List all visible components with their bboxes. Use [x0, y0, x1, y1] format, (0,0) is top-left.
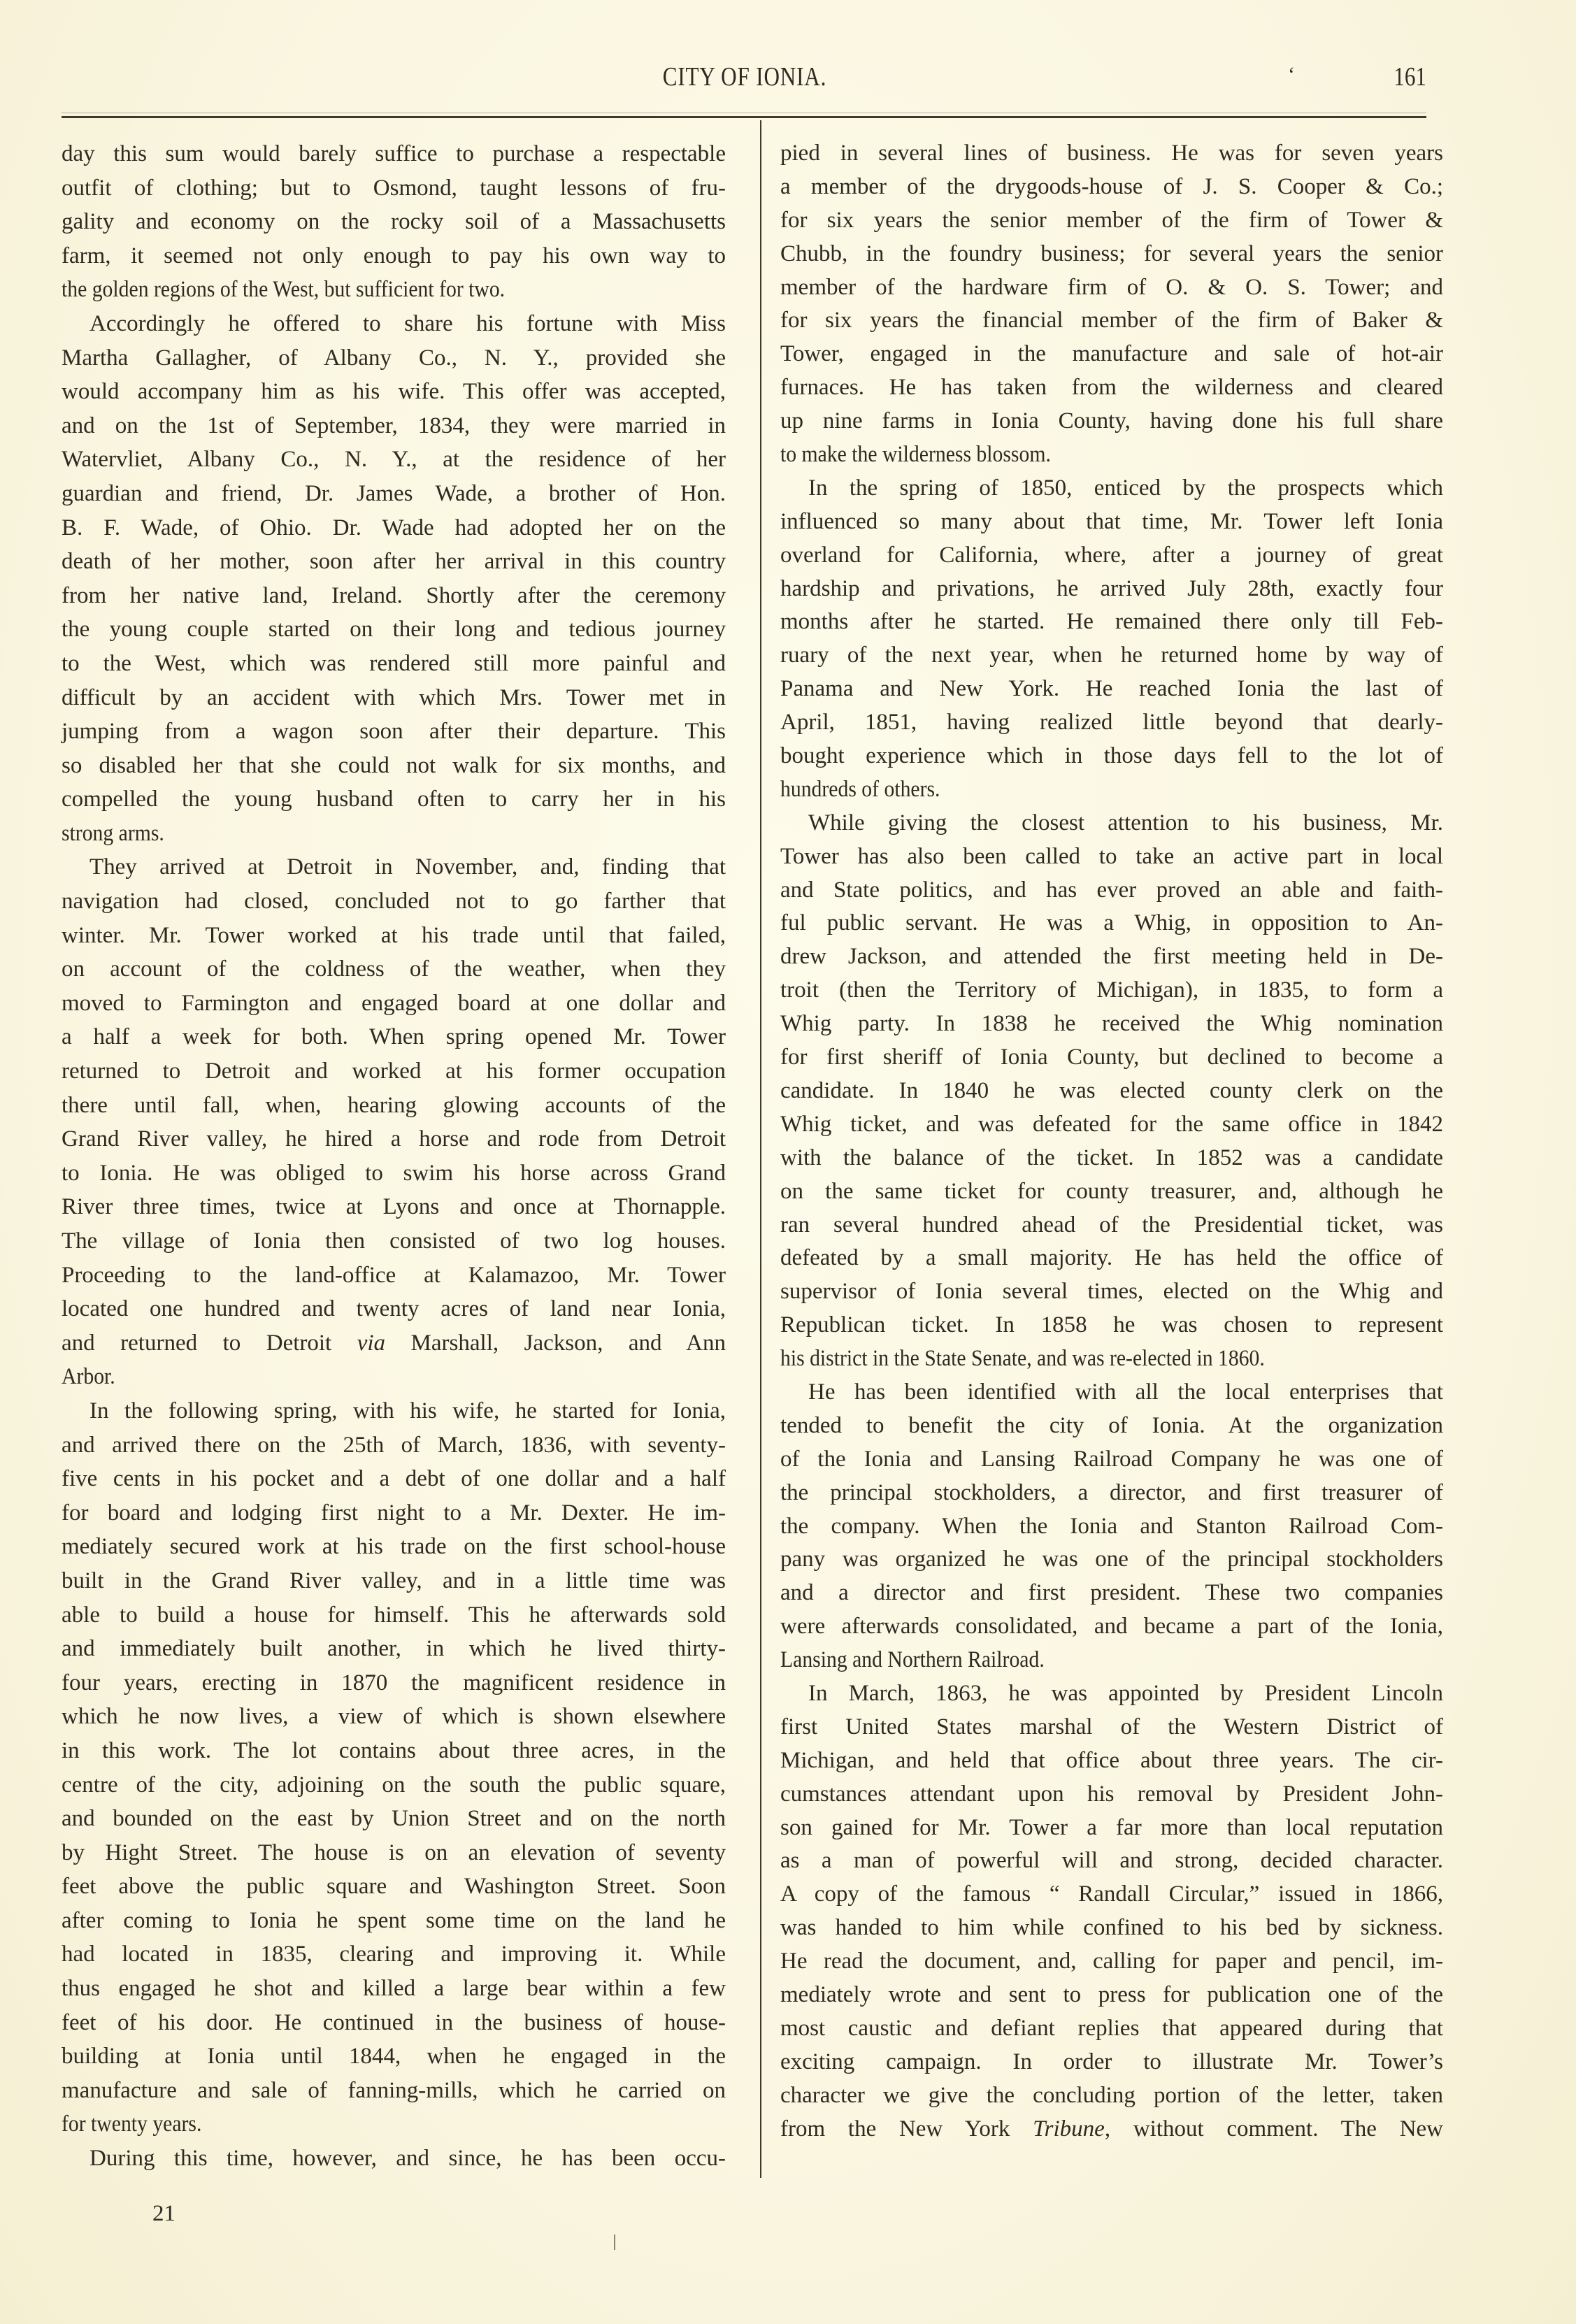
right-column: pied in several lines of business. He wa…	[780, 137, 1443, 2146]
text-line: Arbor.	[62, 1360, 659, 1394]
text-line: farm, it seemed not only enough to pay h…	[62, 239, 726, 273]
text-line: cumstances attendant upon his removal by…	[780, 1778, 1443, 1812]
text-line: Lansing and Northern Railroad.	[780, 1644, 1377, 1677]
text-line: able to build a house for himself. This …	[62, 1598, 726, 1633]
text-line: by Hight Street. The house is on an elev…	[62, 1836, 726, 1870]
text-line: character we give the concluding portion…	[780, 2079, 1443, 2113]
text-line: B. F. Wade, of Ohio. Dr. Wade had adopte…	[62, 511, 726, 545]
text-line: of the Ionia and Lansing Railroad Compan…	[780, 1443, 1443, 1477]
text-line: was handed to him while confined to his …	[780, 1911, 1443, 1945]
text-line: While giving the closest attention to hi…	[780, 807, 1443, 840]
text-line: had located in 1835, clearing and improv…	[62, 1937, 726, 1972]
text-line: for board and lodging first night to a M…	[62, 1496, 726, 1530]
text-line: Martha Gallagher, of Albany Co., N. Y., …	[62, 341, 726, 375]
text-line: Chubb, in the foundry business; for seve…	[780, 238, 1443, 271]
italic-text: Tribune	[1033, 2116, 1105, 2142]
text-line: in this work. The lot contains about thr…	[62, 1734, 726, 1768]
text-line: returned to Detroit and worked at his fo…	[62, 1054, 726, 1089]
text-line: so disabled her that she could not walk …	[62, 749, 726, 783]
text-line: Panama and New York. He reached Ionia th…	[780, 673, 1443, 706]
text-line: In the following spring, with his wife, …	[62, 1394, 726, 1428]
text-line: centre of the city, adjoining on the sou…	[62, 1768, 726, 1802]
text-line: Tower has also been called to take an ac…	[780, 840, 1443, 874]
text-line: feet above the public square and Washing…	[62, 1870, 726, 1904]
text-line: on the same ticket for county treasurer,…	[780, 1175, 1443, 1209]
text-line: ful public servant. He was a Whig, in op…	[780, 907, 1443, 940]
text-line: winter. Mr. Tower worked at his trade un…	[62, 919, 726, 953]
text-line: months after he started. He remained the…	[780, 605, 1443, 639]
text-line: a half a week for both. When spring open…	[62, 1020, 726, 1054]
text-line: mediately wrote and sent to press for pu…	[780, 1979, 1443, 2012]
text-line: supervisor of Ionia several times, elect…	[780, 1275, 1443, 1309]
text-line: thus engaged he shot and killed a large …	[62, 1972, 726, 2006]
text-line: troit (then the Territory of Michigan), …	[780, 974, 1443, 1007]
text-line: and immediately built another, in which …	[62, 1632, 726, 1666]
text-line: for twenty years.	[62, 2107, 659, 2142]
text-fragment: from the New York	[780, 2116, 1033, 2142]
stray-mark	[614, 2235, 615, 2250]
text-line: ruary of the next year, when he returned…	[780, 639, 1443, 673]
text-line: They arrived at Detroit in November, and…	[62, 850, 726, 884]
text-line: pany was organized he was one of the pri…	[780, 1543, 1443, 1577]
text-line: the golden regions of the West, but suff…	[62, 273, 659, 307]
text-line: Accordingly he offered to share his fort…	[62, 307, 726, 341]
text-line: and State politics, and has ever proved …	[780, 874, 1443, 908]
header-rule	[62, 116, 1426, 118]
text-line: and a director and first president. Thes…	[780, 1577, 1443, 1610]
left-column: day this sum would barely suffice to pur…	[62, 137, 726, 2176]
text-line: In March, 1863, he was appointed by Pres…	[780, 1677, 1443, 1711]
book-page: CITY OF IONIA. ‘ 161 day this sum would …	[0, 0, 1576, 2324]
text-line: five cents in his pocket and a debt of o…	[62, 1462, 726, 1496]
text-line: influenced so many about that time, Mr. …	[780, 505, 1443, 539]
text-line: and on the 1st of September, 1834, they …	[62, 409, 726, 443]
text-line: Whig ticket, and was defeated for the sa…	[780, 1108, 1443, 1142]
text-fragment: Marshall, Jackson, and Ann	[385, 1330, 726, 1356]
text-line: In the spring of 1850, enticed by the pr…	[780, 472, 1443, 505]
text-line: guardian and friend, Dr. James Wade, a b…	[62, 477, 726, 511]
text-line: furnaces. He has taken from the wilderne…	[780, 371, 1443, 405]
text-line: four years, erecting in 1870 the magnifi…	[62, 1666, 726, 1700]
signature-mark: 21	[152, 2201, 175, 2227]
text-line: exciting campaign. In order to illustrat…	[780, 2046, 1443, 2079]
text-fragment: and returned to Detroit	[62, 1330, 357, 1356]
text-line: on account of the coldness of the weathe…	[62, 952, 726, 987]
text-line: for first sheriff of Ionia County, but d…	[780, 1041, 1443, 1075]
text-line: with the balance of the ticket. In 1852 …	[780, 1142, 1443, 1175]
text-line: jumping from a wagon soon after their de…	[62, 715, 726, 749]
text-line: mediately secured work at his trade on t…	[62, 1530, 726, 1564]
text-line: April, 1851, having realized little beyo…	[780, 706, 1443, 740]
text-line: first United States marshal of the Weste…	[780, 1711, 1443, 1744]
text-line: to the West, which was rendered still mo…	[62, 647, 726, 681]
text-line: Grand River valley, he hired a horse and…	[62, 1122, 726, 1156]
text-fragment: , without comment. The New	[1105, 2116, 1443, 2142]
text-line: were afterwards consolidated, and became…	[780, 1610, 1443, 1644]
italic-text: via	[357, 1330, 385, 1356]
text-line: for six years the financial member of th…	[780, 304, 1443, 338]
text-line: built in the Grand River valley, and in …	[62, 1564, 726, 1598]
running-head: CITY OF IONIA. ‘ 161	[63, 62, 1426, 96]
text-line: overland for California, where, after a …	[780, 539, 1443, 573]
text-line: day this sum would barely suffice to pur…	[62, 137, 726, 171]
text-line: drew Jackson, and attended the first mee…	[780, 940, 1443, 974]
text-line: son gained for Mr. Tower a far more than…	[780, 1812, 1443, 1845]
text-line: after coming to Ionia he spent some time…	[62, 1904, 726, 1938]
text-line: the young couple started on their long a…	[62, 612, 726, 647]
text-line: as a man of powerful will and strong, de…	[780, 1844, 1443, 1878]
text-line: hardship and privations, he arrived July…	[780, 573, 1443, 606]
text-line: He has been identified with all the loca…	[780, 1376, 1443, 1410]
text-line: A copy of the famous “ Randall Circular,…	[780, 1878, 1443, 1911]
text-line: from her native land, Ireland. Shortly a…	[62, 579, 726, 613]
printer-mark: ‘	[1288, 63, 1295, 87]
text-line: manufacture and sale of fanning-mills, w…	[62, 2074, 726, 2108]
text-line: Watervliet, Albany Co., N. Y., at the re…	[62, 443, 726, 477]
text-line: moved to Farmington and engaged board at…	[62, 987, 726, 1021]
text-line: Proceeding to the land-office at Kalamaz…	[62, 1258, 726, 1293]
text-line: pied in several lines of business. He wa…	[780, 137, 1443, 171]
text-line: death of her mother, soon after her arri…	[62, 545, 726, 579]
text-line: gality and economy on the rocky soil of …	[62, 205, 726, 239]
text-line: member of the hardware firm of O. & O. S…	[780, 271, 1443, 305]
text-line: During this time, however, and since, he…	[62, 2142, 726, 2176]
page-number: 161	[1394, 62, 1426, 92]
text-line: He read the document, and, calling for p…	[780, 1945, 1443, 1979]
text-line: bought experience which in those days fe…	[780, 740, 1443, 773]
text-line: Republican ticket. In 1858 he was chosen…	[780, 1309, 1443, 1342]
text-line: defeated by a small majority. He has hel…	[780, 1242, 1443, 1275]
text-line: navigation had closed, concluded not to …	[62, 884, 726, 919]
text-line: and returned to Detroit via Marshall, Ja…	[62, 1326, 726, 1361]
text-line: candidate. In 1840 he was elected county…	[780, 1075, 1443, 1108]
text-line: from the New York Tribune, without comme…	[780, 2113, 1443, 2146]
text-line: a member of the drygoods-house of J. S. …	[780, 171, 1443, 204]
text-line: outfit of clothing; but to Osmond, taugh…	[62, 171, 726, 206]
text-line: most caustic and defiant replies that ap…	[780, 2012, 1443, 2046]
text-line: his district in the State Senate, and wa…	[780, 1342, 1377, 1376]
text-line: ran several hundred ahead of the Preside…	[780, 1209, 1443, 1242]
text-line: Michigan, and held that office about thr…	[780, 1744, 1443, 1778]
text-line: up nine farms in Ionia County, having do…	[780, 405, 1443, 438]
text-line: hundreds of others.	[780, 773, 1377, 807]
text-line: would accompany him as his wife. This of…	[62, 375, 726, 409]
text-line: strong arms.	[62, 817, 659, 851]
text-line: Whig party. In 1838 he received the Whig…	[780, 1007, 1443, 1041]
text-line: located one hundred and twenty acres of …	[62, 1292, 726, 1326]
column-divider	[760, 120, 761, 2178]
text-line: the company. When the Ionia and Stanton …	[780, 1510, 1443, 1544]
text-line: the principal stockholders, a director, …	[780, 1477, 1443, 1510]
text-line: Tower, engaged in the manufacture and sa…	[780, 338, 1443, 371]
text-line: to Ionia. He was obliged to swim his hor…	[62, 1156, 726, 1191]
text-line: for six years the senior member of the f…	[780, 204, 1443, 238]
text-line: to make the wilderness blossom.	[780, 438, 1377, 472]
text-line: feet of his door. He continued in the bu…	[62, 2006, 726, 2040]
text-line: tended to benefit the city of Ionia. At …	[780, 1410, 1443, 1443]
text-line: compelled the young husband often to car…	[62, 782, 726, 817]
header-rule-thin	[62, 113, 1426, 113]
text-line: there until fall, when, hearing glowing …	[62, 1089, 726, 1123]
text-line: and bounded on the east by Union Street …	[62, 1802, 726, 1836]
text-line: The village of Ionia then consisted of t…	[62, 1224, 726, 1258]
running-title: CITY OF IONIA.	[186, 62, 1304, 92]
text-line: difficult by an accident with which Mrs.…	[62, 681, 726, 715]
text-line: and arrived there on the 25th of March, …	[62, 1428, 726, 1463]
text-line: which he now lives, a view of which is s…	[62, 1700, 726, 1734]
text-line: River three times, twice at Lyons and on…	[62, 1190, 726, 1224]
text-line: building at Ionia until 1844, when he en…	[62, 2039, 726, 2074]
